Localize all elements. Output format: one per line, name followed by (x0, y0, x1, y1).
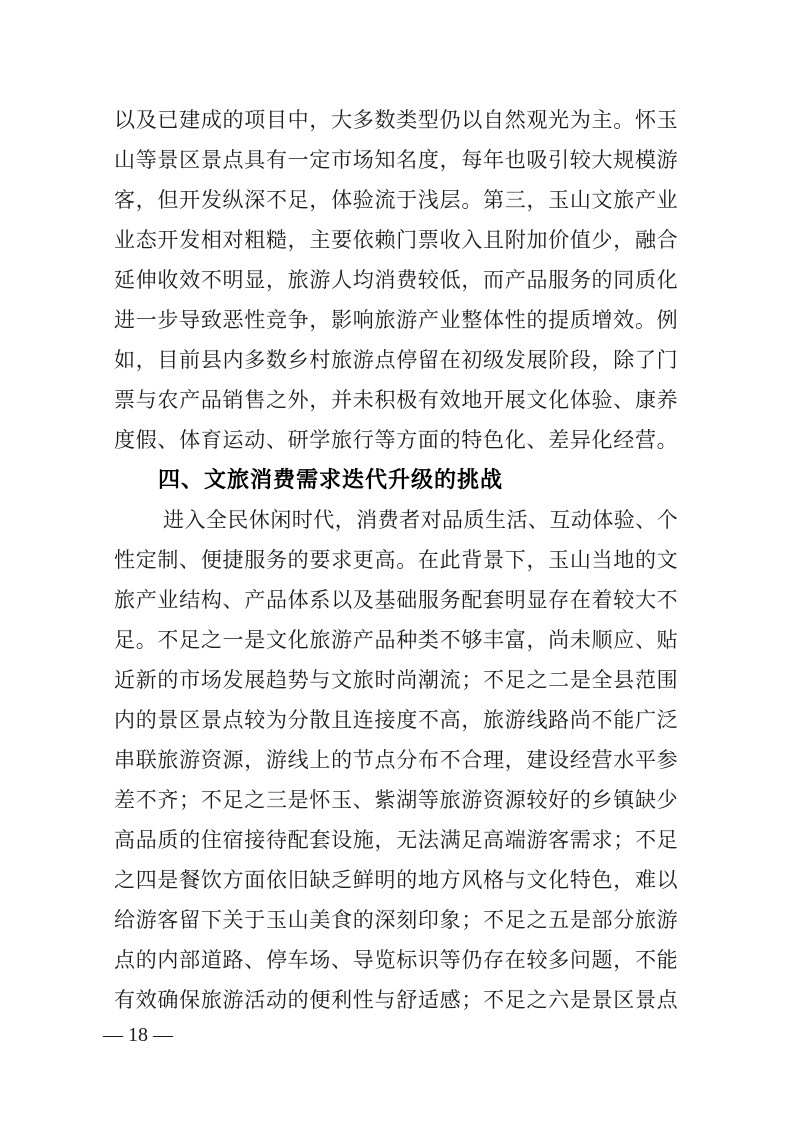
document-page: 以及已建成的项目中，大多数类型仍以自然观光为主。怀玉山等景区景点具有一定市场知名… (0, 0, 793, 1122)
text-line: 足。不足之一是文化旅游产品种类不够丰富，尚未顺应、贴 (114, 620, 678, 660)
text-line: 有效确保旅游活动的便利性与舒适感；不足之六是景区景点 (114, 980, 678, 1020)
page-content: 以及已建成的项目中，大多数类型仍以自然观光为主。怀玉山等景区景点具有一定市场知名… (114, 100, 678, 1020)
paragraph-continuation: 以及已建成的项目中，大多数类型仍以自然观光为主。怀玉山等景区景点具有一定市场知名… (114, 100, 678, 460)
paragraph-section-four: 进入全民休闲时代，消费者对品质生活、互动体验、个性定制、便捷服务的要求更高。在此… (114, 500, 678, 1020)
text-line: 进入全民休闲时代，消费者对品质生活、互动体验、个 (114, 500, 678, 540)
text-line: 之四是餐饮方面依旧缺乏鲜明的地方风格与文化特色，难以 (114, 860, 678, 900)
text-line: 度假、体育运动、研学旅行等方面的特色化、差异化经营。 (114, 420, 678, 460)
text-line: 近新的市场发展趋势与文旅时尚潮流；不足之二是全县范围 (114, 660, 678, 700)
text-line: 点的内部道路、停车场、导览标识等仍存在较多问题，不能 (114, 940, 678, 980)
text-line: 高品质的住宿接待配套设施，无法满足高端游客需求；不足 (114, 820, 678, 860)
text-line: 票与农产品销售之外，并未积极有效地开展文化体验、康养 (114, 380, 678, 420)
page-footer: — 18 — (103, 1015, 173, 1055)
text-line: 业态开发相对粗糙，主要依赖门票收入且附加价值少，融合 (114, 220, 678, 260)
page-number: — 18 — (103, 1024, 173, 1046)
text-line: 旅产业结构、产品体系以及基础服务配套明显存在着较大不 (114, 580, 678, 620)
text-line: 以及已建成的项目中，大多数类型仍以自然观光为主。怀玉 (114, 100, 678, 140)
section-heading: 四、文旅消费需求迭代升级的挑战 (114, 460, 678, 500)
text-line: 延伸收效不明显，旅游人均消费较低，而产品服务的同质化 (114, 260, 678, 300)
text-line: 山等景区景点具有一定市场知名度，每年也吸引较大规模游 (114, 140, 678, 180)
text-line: 性定制、便捷服务的要求更高。在此背景下，玉山当地的文 (114, 540, 678, 580)
text-line: 如，目前县内多数乡村旅游点停留在初级发展阶段，除了门 (114, 340, 678, 380)
text-line: 客，但开发纵深不足，体验流于浅层。第三，玉山文旅产业 (114, 180, 678, 220)
text-line: 差不齐；不足之三是怀玉、紫湖等旅游资源较好的乡镇缺少 (114, 780, 678, 820)
text-line: 串联旅游资源，游线上的节点分布不合理，建设经营水平参 (114, 740, 678, 780)
text-line: 进一步导致恶性竞争，影响旅游产业整体性的提质增效。例 (114, 300, 678, 340)
text-line: 给游客留下关于玉山美食的深刻印象；不足之五是部分旅游 (114, 900, 678, 940)
text-line: 内的景区景点较为分散且连接度不高，旅游线路尚不能广泛 (114, 700, 678, 740)
